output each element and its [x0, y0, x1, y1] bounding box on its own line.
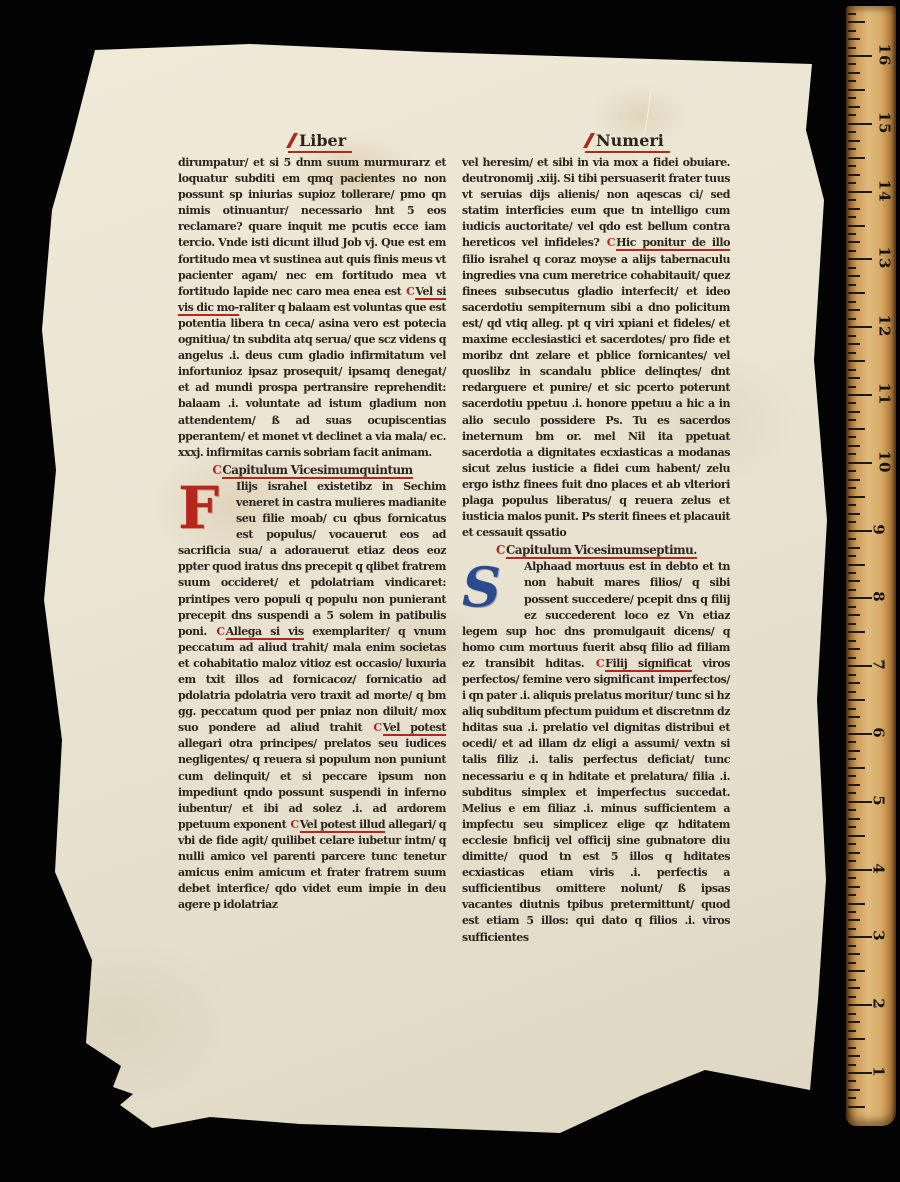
body-text: allegari otra principes/ prelatos seu iu… [178, 737, 446, 830]
ruler-tick [848, 564, 865, 566]
ruler-number: 3 [870, 931, 888, 942]
ruler-tick [848, 123, 872, 125]
body-text: viros perfectos/ femine vero significant… [462, 657, 730, 944]
ruler-tick [848, 1089, 860, 1091]
ruler-tick [848, 725, 856, 727]
ruler-tick [848, 402, 856, 404]
ruler-tick [848, 419, 856, 421]
ruler-tick [848, 165, 856, 167]
ruler-tick [848, 623, 856, 625]
ruler-tick [848, 640, 856, 642]
ruler-tick [848, 250, 856, 252]
ruler-tick [848, 682, 860, 684]
ruler-tick [848, 699, 865, 701]
ruler-tick [848, 1004, 872, 1006]
ruler-tick [848, 1080, 856, 1082]
ruler-tick [848, 13, 856, 15]
ruler-tick [848, 555, 856, 557]
photo-background: Liber Numeri dirumpatur/ et si 5 dnm suu… [0, 0, 900, 1182]
right-paragraph-1: vel heresim/ et sibi in via mox a fidei … [462, 155, 730, 541]
ruler-tick [848, 708, 856, 710]
ruler-tick [848, 589, 856, 591]
ruler-number: 14 [875, 179, 893, 202]
ruler-tick [848, 216, 856, 218]
ruler-tick [848, 826, 856, 828]
body-text: dirumpatur/ et si 5 dnm suum murmurarz e… [178, 156, 446, 298]
left-paragraph-2: FIlijs israhel existetibz in Sechim vene… [178, 479, 446, 914]
ruler-tick [848, 784, 860, 786]
ruler-tick [848, 987, 860, 989]
body-text: exemplariter/ q vnum peccatum ad aliud t… [178, 625, 446, 735]
ruler-tick [848, 199, 856, 201]
ruler-tick [848, 453, 856, 455]
ruler-tick [848, 1021, 860, 1023]
ruler-tick [848, 894, 856, 896]
ruler-tick [848, 97, 856, 99]
ruler-tick [848, 496, 865, 498]
ruler-number: 12 [875, 315, 893, 338]
chapter-heading-25: CCapitulum Vicesimumquintum [178, 462, 446, 478]
ruler-tick [848, 182, 856, 184]
ruler-tick [848, 89, 865, 91]
ruler-number: 10 [875, 450, 893, 473]
ruler-tick [848, 809, 856, 811]
ruler-number: 9 [870, 524, 888, 535]
ruler-tick [848, 1047, 856, 1049]
ruler-tick [848, 962, 856, 964]
body-text: filio israhel q coraz moyse a alijs tabe… [462, 253, 730, 540]
ruler-number: 5 [870, 795, 888, 806]
ruler-tick [848, 504, 856, 506]
ruler-tick [848, 1097, 856, 1099]
ruler-tick [848, 877, 856, 879]
chapter-heading-27: CCapitulum Vicesimumseptimu. [462, 542, 730, 558]
ruler-tick [848, 140, 860, 142]
ruler-tick [848, 750, 860, 752]
body-text: raliter q balaam est voluntas que est po… [178, 301, 446, 459]
ruler-tick [848, 580, 860, 582]
rubric-stroke-icon [583, 133, 595, 148]
rubricated-phrase: Hic ponitur de illo [616, 236, 730, 251]
ruler-tick [848, 547, 860, 549]
ruler-tick [848, 267, 856, 269]
capitulum-mark-icon: C [289, 818, 299, 831]
ruler-tick [848, 343, 860, 345]
right-paragraph-2: SAlphaad mortuus est in debto et tn non … [462, 559, 730, 945]
ruler-tick [848, 30, 856, 32]
ruler-tick [848, 38, 860, 40]
ruler-tick [848, 445, 860, 447]
capitulum-mark-icon: C [372, 721, 382, 734]
ruler-tick [848, 233, 856, 235]
ruler-tick [848, 55, 872, 57]
ruler-tick [848, 521, 856, 523]
ruler-tick [848, 377, 860, 379]
ruler-tick [848, 72, 860, 74]
ruler-tick [848, 792, 856, 794]
ruler-tick [848, 597, 872, 599]
ruler-tick [848, 301, 856, 303]
ruler-tick [848, 487, 856, 489]
ruler-tick [848, 767, 865, 769]
chapter-heading-label: Capitulum Vicesimumquintum [222, 463, 412, 479]
ruler-tick [848, 979, 856, 981]
ruler-tick [848, 284, 856, 286]
ruler-tick [848, 953, 860, 955]
ruler-tick [848, 394, 872, 396]
manuscript-leaf [0, 0, 900, 1182]
ruler-tick [848, 733, 872, 735]
ruler-tick [848, 835, 865, 837]
ruler-tick [848, 309, 860, 311]
capitulum-mark-icon: C [405, 285, 415, 298]
ruler-tick [848, 148, 856, 150]
ruler-tick [848, 657, 856, 659]
ruler-tick [848, 852, 860, 854]
ruler-tick [848, 1106, 865, 1108]
ruler-tick [848, 538, 856, 540]
ruler-tick [848, 741, 856, 743]
ruler-tick [848, 411, 860, 413]
ruler-tick [848, 945, 856, 947]
ruler-tick [848, 80, 856, 82]
ruler-tick [848, 860, 856, 862]
running-head-right-label: Numeri [596, 131, 664, 150]
ruler-tick [848, 275, 860, 277]
capitulum-mark-icon: C [211, 463, 222, 477]
ruler-tick [848, 428, 865, 430]
ruler-tick [848, 131, 856, 133]
ruler-number: 11 [875, 383, 893, 406]
decorated-initial-s: S [462, 562, 518, 614]
ruler-tick [848, 928, 856, 930]
ruler-tick [848, 369, 856, 371]
capitulum-mark-icon: C [495, 543, 506, 557]
ruler-tick [848, 1064, 856, 1066]
ruler-tick [848, 114, 856, 116]
ruler-tick [848, 1072, 872, 1074]
ruler-tick [848, 318, 856, 320]
ruler-tick [848, 1013, 856, 1015]
text-column-right: vel heresim/ et sibi in via mox a fidei … [462, 155, 730, 946]
ruler-tick [848, 360, 865, 362]
ruler-tick [848, 21, 865, 23]
capitulum-mark-icon: C [606, 236, 616, 249]
ruler-tick [848, 225, 865, 227]
ruler-tick [848, 208, 860, 210]
ruler-tick [848, 63, 856, 65]
ruler-number: 15 [875, 111, 893, 134]
ruler-number: 1 [870, 1066, 888, 1077]
ruler-tick [848, 106, 860, 108]
capitulum-mark-icon: C [595, 657, 605, 670]
text-column-left: dirumpatur/ et si 5 dnm suum murmurarz e… [178, 155, 446, 913]
ruler-tick [848, 157, 865, 159]
ruler-tick [848, 352, 856, 354]
ruler-tick [848, 436, 856, 438]
capitulum-mark-icon: C [215, 625, 225, 638]
running-head-liber: Liber [288, 131, 352, 153]
ruler-number: 6 [870, 727, 888, 738]
ruler-ticks: 16151413121110987654321 [846, 6, 896, 1126]
ruler-tick [848, 47, 856, 49]
ruler-number: 16 [875, 44, 893, 67]
rubric-stroke-icon [286, 133, 298, 148]
ruler-tick [848, 1038, 865, 1040]
ruler-tick [848, 648, 860, 650]
ruler-number: 7 [870, 659, 888, 670]
ruler-tick [848, 818, 860, 820]
ruler-tick [848, 691, 856, 693]
ruler-tick [848, 758, 856, 760]
ruler-tick [848, 462, 872, 464]
ruler-tick [848, 191, 872, 193]
ruler-tick [848, 386, 856, 388]
ruler-number: 2 [870, 998, 888, 1009]
ruler-number: 13 [875, 247, 893, 270]
ruler-tick [848, 530, 872, 532]
ruler-tick [848, 674, 856, 676]
ruler-tick [848, 919, 860, 921]
ruler-number: 8 [870, 592, 888, 603]
ruler-tick [848, 326, 872, 328]
ruler-tick [848, 572, 856, 574]
ruler-tick [848, 996, 856, 998]
rubricated-phrase: Vel potest [383, 721, 446, 736]
ruler-tick [848, 970, 865, 972]
ruler-tick [848, 1055, 860, 1057]
rubricated-phrase: Vel potest illud [300, 818, 385, 833]
ruler-tick [848, 843, 856, 845]
running-head-numeri: Numeri [585, 131, 670, 153]
left-paragraph-1: dirumpatur/ et si 5 dnm suum murmurarz e… [178, 155, 446, 461]
ruler-tick [848, 614, 860, 616]
ruler-tick [848, 258, 872, 260]
ruler-tick [848, 292, 865, 294]
decorated-initial-f: F [178, 482, 230, 536]
ruler-tick [848, 470, 856, 472]
running-head-left-label: Liber [299, 131, 346, 150]
ruler-tick [848, 801, 872, 803]
rubricated-phrase: Allega si vis [226, 625, 304, 640]
ruler-tick [848, 886, 860, 888]
ruler-tick [848, 335, 856, 337]
ruler-number: 4 [870, 863, 888, 874]
ruler-tick [848, 1030, 856, 1032]
ruler-tick [848, 174, 860, 176]
ruler-tick [848, 479, 860, 481]
ruler-tick [848, 936, 872, 938]
ruler-tick [848, 606, 856, 608]
ruler-tick [848, 513, 860, 515]
ruler-tick [848, 903, 865, 905]
ruler-tick [848, 869, 872, 871]
ruler-tick [848, 241, 860, 243]
rubricated-phrase: Filij significat [605, 657, 691, 672]
ruler-tick [848, 775, 856, 777]
ruler-tick [848, 716, 860, 718]
chapter-heading-label: Capitulum Vicesimumseptimu. [506, 543, 697, 559]
ruler-tick [848, 911, 856, 913]
ruler-tick [848, 665, 872, 667]
ruler-tick [848, 631, 865, 633]
wooden-ruler: 16151413121110987654321 [846, 6, 896, 1126]
